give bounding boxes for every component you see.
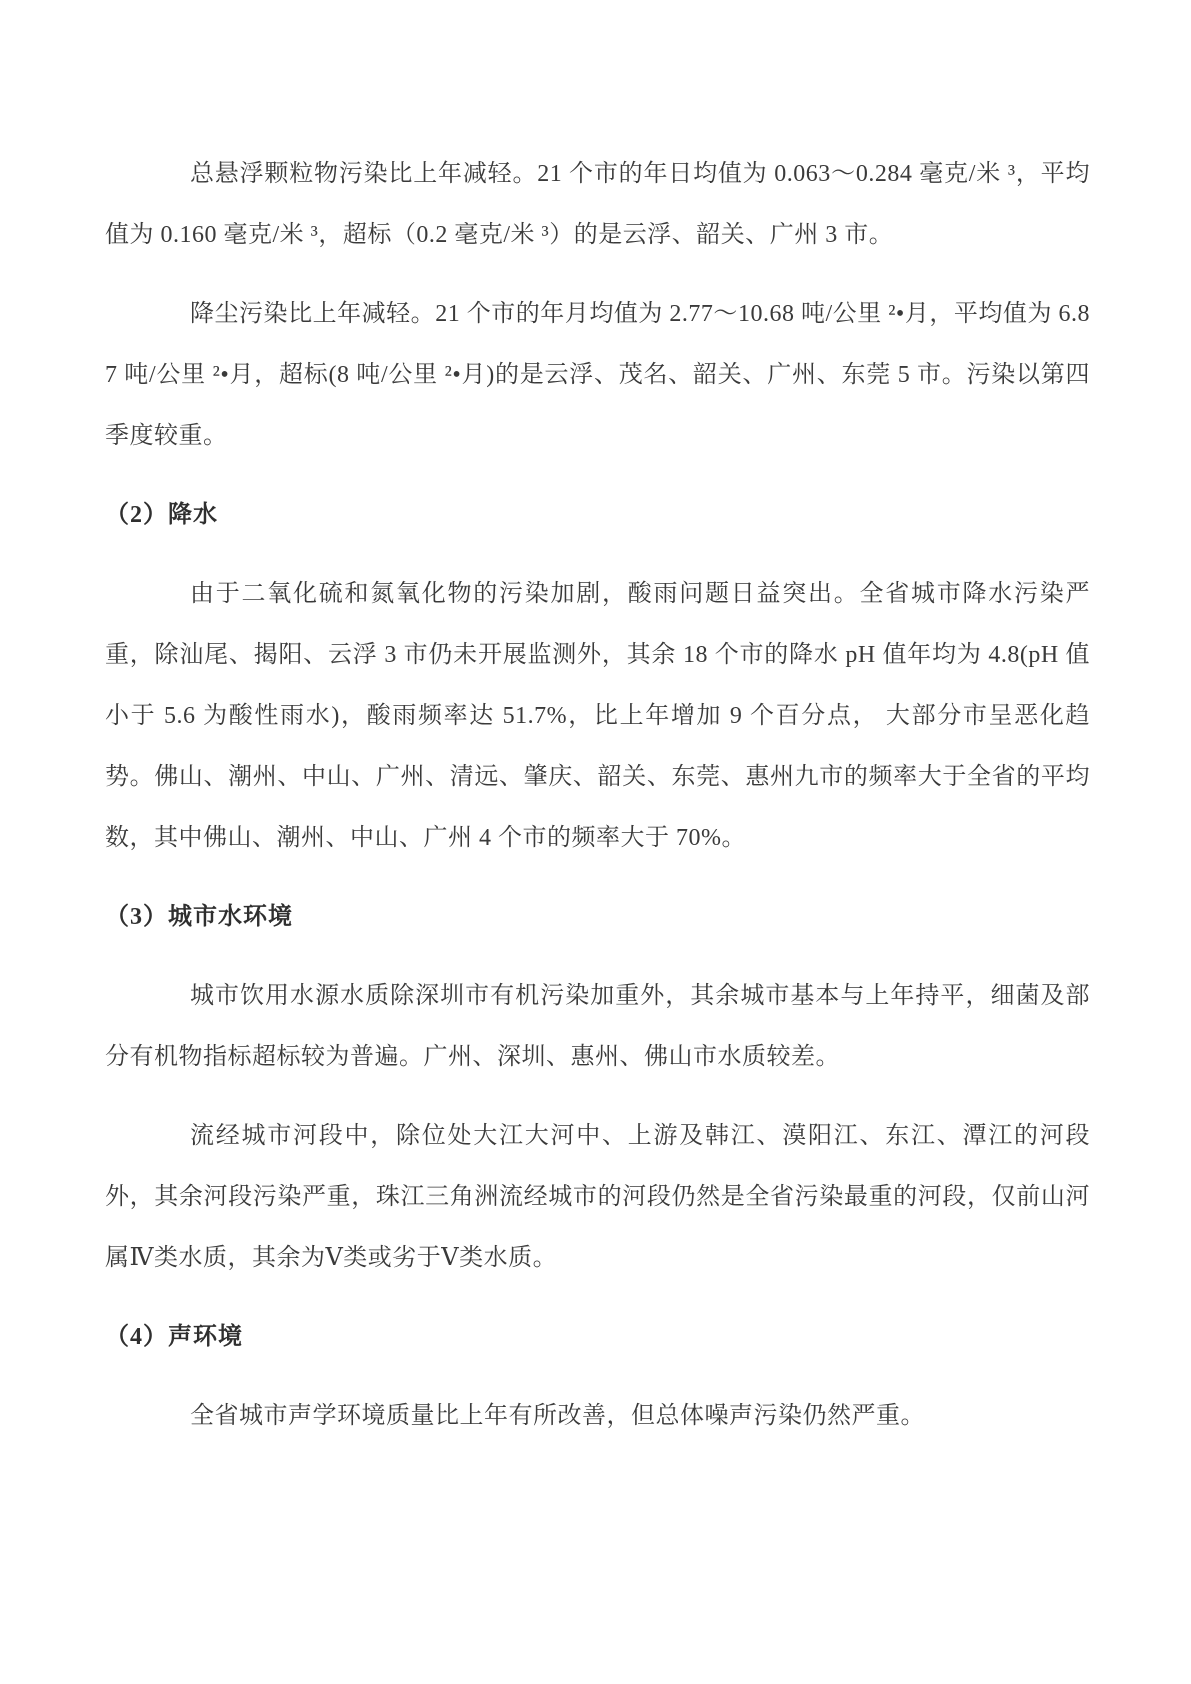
section-heading-acoustic-environment: （4）声环境 xyxy=(105,1307,1090,1368)
paragraph-noise-pollution: 全省城市声学环境质量比上年有所改善，但总体噪声污染仍然严重。 xyxy=(105,1386,1090,1447)
paragraph-drinking-water-quality: 城市饮用水源水质除深圳市有机污染加重外，其余城市基本与上年持平，细菌及部分有机物… xyxy=(105,966,1090,1088)
section-heading-precipitation: （2）降水 xyxy=(105,485,1090,546)
section-heading-urban-water-environment: （3）城市水环境 xyxy=(105,887,1090,948)
paragraph-urban-river-sections: 流经城市河段中，除位处大江大河中、上游及韩江、漠阳江、东江、潭江的河段外，其余河… xyxy=(105,1106,1090,1289)
paragraph-acid-rain: 由于二氧化硫和氮氧化物的污染加剧，酸雨问题日益突出。全省城市降水污染严重，除汕尾… xyxy=(105,564,1090,869)
paragraph-total-suspended-particulates: 总悬浮颗粒物污染比上年减轻。21 个市的年日均值为 0.063～0.284 毫克… xyxy=(105,144,1090,266)
document-page: 总悬浮颗粒物污染比上年减轻。21 个市的年日均值为 0.063～0.284 毫克… xyxy=(0,0,1191,1684)
paragraph-dustfall: 降尘污染比上年减轻。21 个市的年月均值为 2.77～10.68 吨/公里 ²•… xyxy=(105,284,1090,467)
